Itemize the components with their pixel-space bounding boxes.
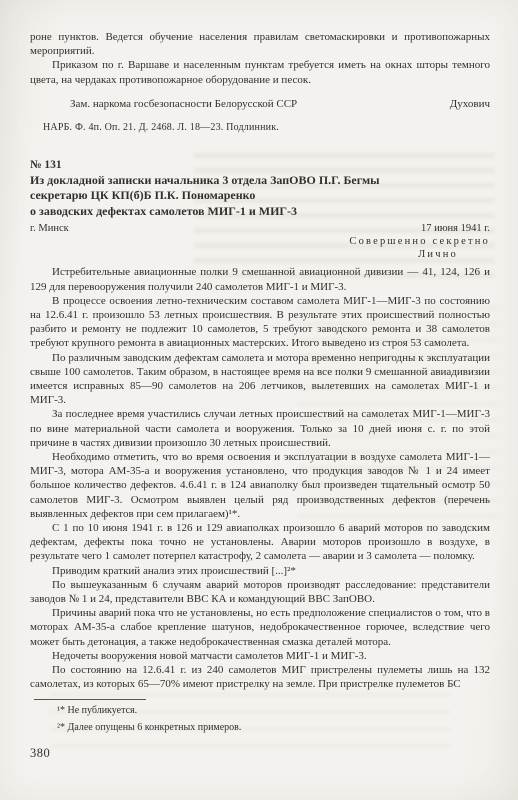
classification-personal: Лично	[30, 249, 490, 262]
classification-stamp: Совершенно секретно Лично	[30, 236, 490, 261]
text-block: роне пунктов. Ведется обучение населения…	[0, 0, 518, 761]
signature-name: Духович	[450, 98, 490, 110]
body-paragraph: Истребительные авиационные полки 9 смеша…	[30, 265, 490, 293]
previous-document-paragraph: Приказом по г. Варшаве и населенным пунк…	[30, 58, 490, 86]
document-date: 17 июня 1941 г.	[421, 223, 490, 234]
document-place: г. Минск	[30, 223, 69, 234]
book-page: роне пунктов. Ведется обучение населения…	[0, 0, 518, 800]
body-paragraph: Приводим краткий анализ этих происшестви…	[30, 564, 490, 578]
body-paragraph: По вышеуказанным 6 случаям аварий моторо…	[30, 578, 490, 606]
footnote-item: ¹* Не публикуется.	[30, 704, 490, 717]
body-paragraph: За последнее время участились случаи лет…	[30, 407, 490, 450]
page-number: 380	[30, 746, 490, 761]
body-paragraph: Необходимо отметить, что во время освоен…	[30, 450, 490, 521]
document-number: № 131	[30, 158, 490, 173]
footnote-separator	[34, 699, 146, 700]
document-title-line-1: Из докладной записки начальника 3 отдела…	[30, 173, 490, 189]
document-title-line-3: о заводских дефектах самолетов МИГ-1 и М…	[30, 204, 490, 220]
body-paragraph: Причины аварий пока что не установлены, …	[30, 606, 490, 649]
body-paragraph: В процессе освоения летно-техническим со…	[30, 294, 490, 351]
place-date-row: г. Минск 17 июня 1941 г.	[30, 223, 490, 234]
classification-top-secret: Совершенно секретно	[30, 236, 490, 249]
footnote-item: ²* Далее опущены 6 конкретных примеров.	[30, 721, 490, 734]
previous-document-continuation: роне пунктов. Ведется обучение населения…	[30, 30, 490, 58]
signature-title: Зам. наркома госбезопасности Белорусской…	[30, 98, 297, 110]
body-paragraph: Недочеты вооружения новой матчасти самол…	[30, 649, 490, 663]
document-title-line-2: секретарю ЦК КП(б)Б П.К. Пономаренко	[30, 188, 490, 204]
body-paragraph: С 1 по 10 июня 1941 г. в 126 и 129 авиап…	[30, 521, 490, 564]
body-paragraph: По состоянию на 12.6.41 г. из 240 самоле…	[30, 663, 490, 691]
body-paragraph: По различным заводским дефектам самолета…	[30, 351, 490, 408]
signature-row: Зам. наркома госбезопасности Белорусской…	[30, 98, 490, 110]
archive-reference: НАРБ. Ф. 4п. Оп. 21. Д. 2468. Л. 18—23. …	[30, 122, 490, 133]
